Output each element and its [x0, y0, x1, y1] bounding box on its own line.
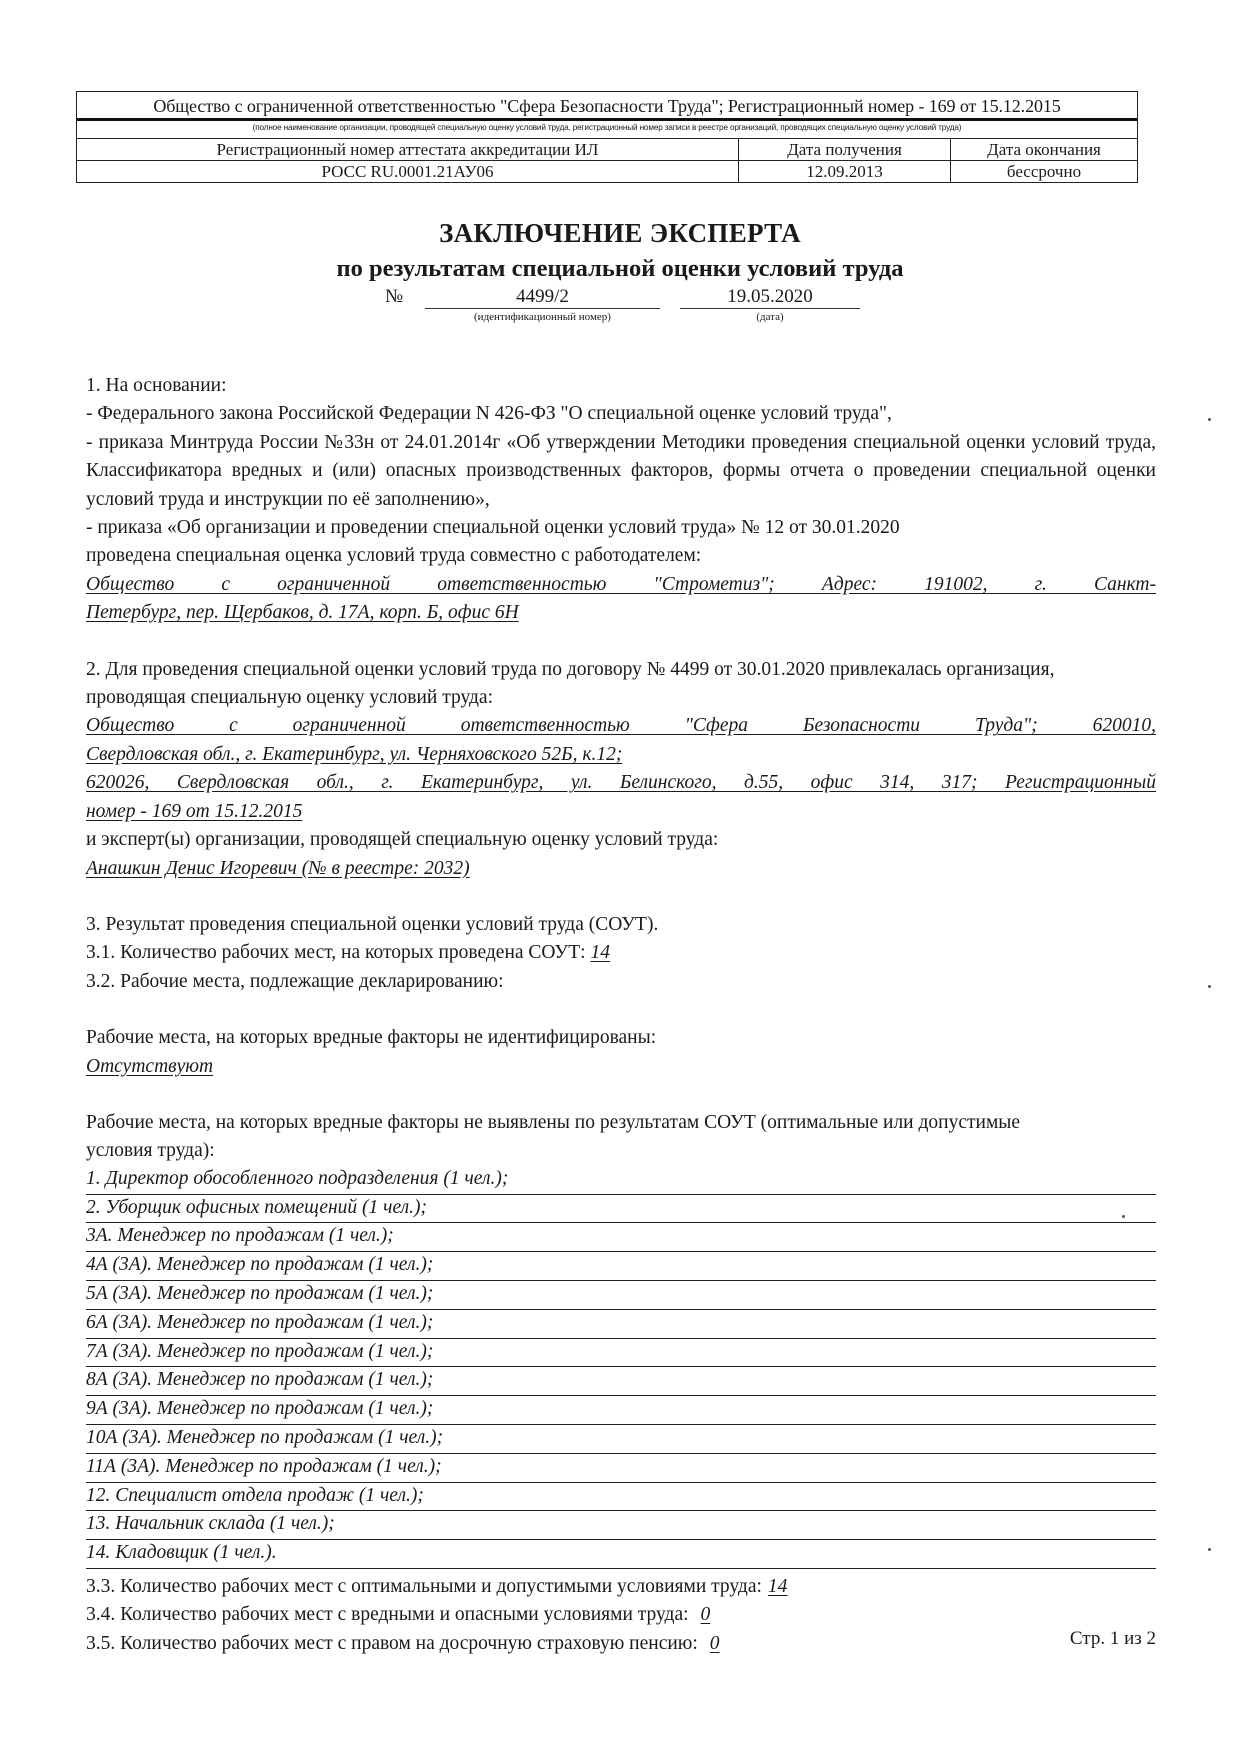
- organization-note: (полное наименование организации, провод…: [77, 121, 1137, 139]
- document-date: 19.05.2020: [680, 286, 860, 309]
- item-3-2-label: 3.2. Рабочие места, подлежащие деклариро…: [86, 968, 1156, 996]
- workplace-item: 11А (3А). Менеджер по продажам (1 чел.);: [86, 1454, 1156, 1483]
- page-number: Стр. 1 из 2: [1070, 1628, 1156, 1650]
- workplace-item: 8А (3А). Менеджер по продажам (1 чел.);: [86, 1367, 1156, 1396]
- identification-number: 4499/2: [425, 286, 660, 309]
- workplace-item: 6А (3А). Менеджер по продажам (1 чел.);: [86, 1310, 1156, 1339]
- not-identified-value: Отсутствуют: [86, 1053, 1156, 1081]
- section-1-heading: 1. На основании:: [86, 372, 1156, 400]
- accreditation-grid: Регистрационный номер аттестата аккредит…: [77, 139, 1137, 182]
- header-table: Общество с ограниченной ответственностью…: [76, 91, 1138, 183]
- accreditation-number-value: РОСС RU.0001.21АУ06: [77, 161, 739, 182]
- expiry-date-value: бессрочно: [951, 161, 1137, 182]
- workplace-item: 7А (3А). Менеджер по продажам (1 чел.);: [86, 1339, 1156, 1368]
- assessor-org-line-2: Свердловская обл., г. Екатеринбург, ул. …: [86, 741, 1156, 769]
- item-3-3-label: 3.3. Количество рабочих мест с оптимальн…: [86, 1576, 762, 1597]
- workplace-item: 12. Специалист отдела продаж (1 чел.);: [86, 1483, 1156, 1512]
- item-3-5-label: 3.5. Количество рабочих мест с правом на…: [86, 1633, 698, 1654]
- item-3-1-label: 3.1. Количество рабочих мест, на которых…: [86, 942, 586, 963]
- document-title: ЗАКЛЮЧЕНИЕ ЭКСПЕРТА: [0, 218, 1240, 249]
- workplace-item: 9А (3А). Менеджер по продажам (1 чел.);: [86, 1396, 1156, 1425]
- assessor-org-line-1: Общество с ограниченной ответственностью…: [86, 712, 1156, 740]
- scan-speck: [1208, 985, 1211, 988]
- basis-order-12: - приказа «Об организации и проведении с…: [86, 514, 1156, 542]
- workplace-item: 14. Кладовщик (1 чел.).: [86, 1540, 1156, 1569]
- issue-date-value: 12.09.2013: [739, 161, 951, 182]
- accreditation-number-header: Регистрационный номер аттестата аккредит…: [77, 139, 739, 161]
- assessor-org-line-4: номер - 169 от 15.12.2015: [86, 798, 1156, 826]
- item-3-3: 3.3. Количество рабочих мест с оптимальн…: [86, 1573, 1156, 1601]
- workplace-item: 2. Уборщик офисных помещений (1 чел.);: [86, 1195, 1156, 1224]
- document-page: Общество с ограниченной ответственностью…: [0, 0, 1240, 1754]
- basis-order-33n: - приказа Минтруда России №33н от 24.01.…: [86, 429, 1156, 514]
- item-3-1: 3.1. Количество рабочих мест, на которых…: [86, 939, 1156, 967]
- conducted-with-employer: проведена специальная оценка условий тру…: [86, 542, 1156, 570]
- basis-law: - Федерального закона Российской Федерац…: [86, 400, 1156, 428]
- number-sign: №: [385, 286, 403, 308]
- document-date-caption: (дата): [680, 311, 860, 323]
- item-3-3-value: 14: [762, 1573, 808, 1601]
- workplace-item: 1. Директор обособленного подразделения …: [86, 1166, 1156, 1195]
- expiry-date-header: Дата окончания: [951, 139, 1137, 161]
- scan-speck: [1122, 1215, 1125, 1218]
- workplace-list: 1. Директор обособленного подразделения …: [86, 1166, 1156, 1569]
- workplace-item: 5А (3А). Менеджер по продажам (1 чел.);: [86, 1281, 1156, 1310]
- item-3-4-value: 0: [689, 1601, 741, 1629]
- section-2-intro: 2. Для проведения специальной оценки усл…: [86, 656, 1086, 713]
- workplace-item: 10А (3А). Менеджер по продажам (1 чел.);: [86, 1425, 1156, 1454]
- assessor-org-line-3: 620026, Свердловская обл., г. Екатеринбу…: [86, 769, 1156, 797]
- item-3-4: 3.4. Количество рабочих мест с вредными …: [86, 1601, 1156, 1629]
- not-found-label: Рабочие места, на которых вредные фактор…: [86, 1109, 1086, 1166]
- expert-label: и эксперт(ы) организации, проводящей спе…: [86, 826, 1156, 854]
- organization-name: Общество с ограниченной ответственностью…: [77, 92, 1137, 121]
- workplace-item: 13. Начальник склада (1 чел.);: [86, 1511, 1156, 1540]
- scan-speck: [1208, 418, 1211, 421]
- scan-speck: [1208, 1548, 1211, 1551]
- workplace-item: 3А. Менеджер по продажам (1 чел.);: [86, 1223, 1156, 1252]
- item-3-5: 3.5. Количество рабочих мест с правом на…: [86, 1630, 1156, 1658]
- item-3-4-label: 3.4. Количество рабочих мест с вредными …: [86, 1604, 689, 1625]
- not-identified-label: Рабочие места, на которых вредные фактор…: [86, 1024, 1156, 1052]
- item-3-5-value: 0: [698, 1630, 750, 1658]
- issue-date-header: Дата получения: [739, 139, 951, 161]
- document-number-row: № 4499/2 (идентификационный номер) 19.05…: [0, 286, 1240, 326]
- workplace-item: 4А (3А). Менеджер по продажам (1 чел.);: [86, 1252, 1156, 1281]
- identification-number-caption: (идентификационный номер): [425, 311, 660, 323]
- employer-line-2: Петербург, пер. Щербаков, д. 17А, корп. …: [86, 599, 1156, 627]
- item-3-1-value: 14: [590, 939, 630, 967]
- document-subtitle: по результатам специальной оценки услови…: [0, 255, 1240, 283]
- document-body: 1. На основании: - Федерального закона Р…: [86, 372, 1156, 1658]
- section-3-heading: 3. Результат проведения специальной оцен…: [86, 911, 1156, 939]
- employer-line-1: Общество с ограниченной ответственностью…: [86, 571, 1156, 599]
- expert-name: Анашкин Денис Игоревич (№ в реестре: 203…: [86, 855, 1156, 883]
